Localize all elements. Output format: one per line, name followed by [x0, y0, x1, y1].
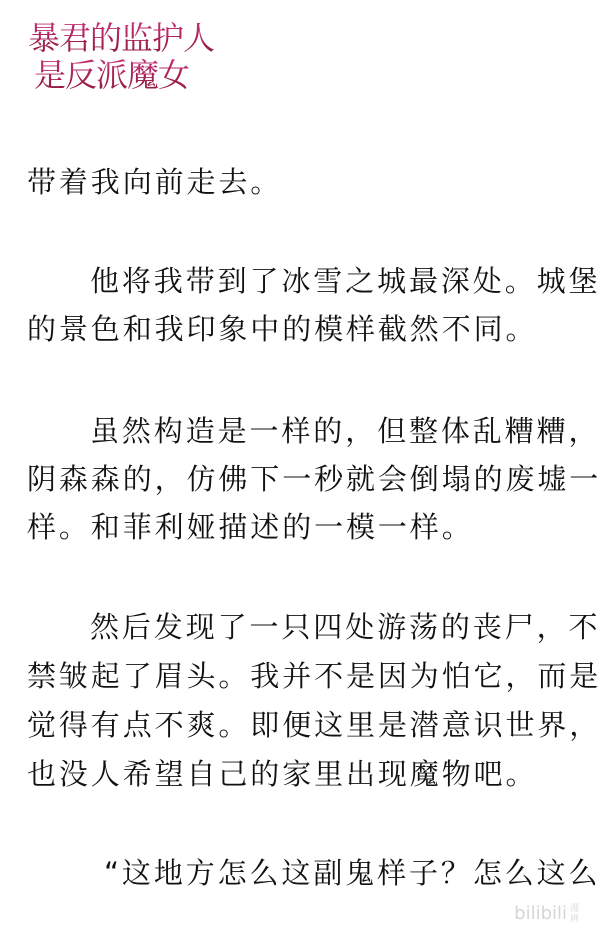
paragraph-4-line-2: 禁皱起了眉头。我并不是因为怕它，而是 — [27, 660, 600, 692]
paragraph-3-line-3: 样。和菲利娅描述的一模一样。 — [27, 511, 474, 543]
paragraph-2-line-1: 他将我带到了冰雪之城最深处。城堡 — [90, 265, 600, 297]
paragraph-4-line-4: 也没人希望自己的家里出现魔物吧。 — [27, 758, 537, 790]
comic-title-logo: 暴君的监护人 是反派魔女 — [28, 20, 228, 94]
paragraph-2-line-2: 的景色和我印象中的模样截然不同。 — [27, 313, 537, 345]
watermark-sub: 漫画 — [570, 904, 580, 924]
title-line-2: 是反派魔女 — [28, 57, 228, 94]
bilibili-watermark: bilibili 漫画 — [514, 903, 580, 924]
paragraph-3-line-1: 虽然构造是一样的，但整体乱糟糟， — [90, 415, 600, 447]
paragraph-4-line-3: 觉得有点不爽。即便这里是潜意识世界， — [27, 709, 600, 741]
title-line-1: 暴君的监护人 — [28, 20, 228, 57]
paragraph-3-line-2: 阴森森的，仿佛下一秒就会倒塌的废墟一 — [27, 463, 600, 495]
paragraph-4-line-1: 然后发现了一只四处游荡的丧尸，不 — [90, 611, 600, 643]
paragraph-1-line-1: 带着我向前走去。 — [27, 166, 282, 198]
watermark-text: bilibili — [514, 903, 567, 924]
paragraph-5-line-1: “这地方怎么这副鬼样子？怎么这么 — [104, 857, 600, 889]
